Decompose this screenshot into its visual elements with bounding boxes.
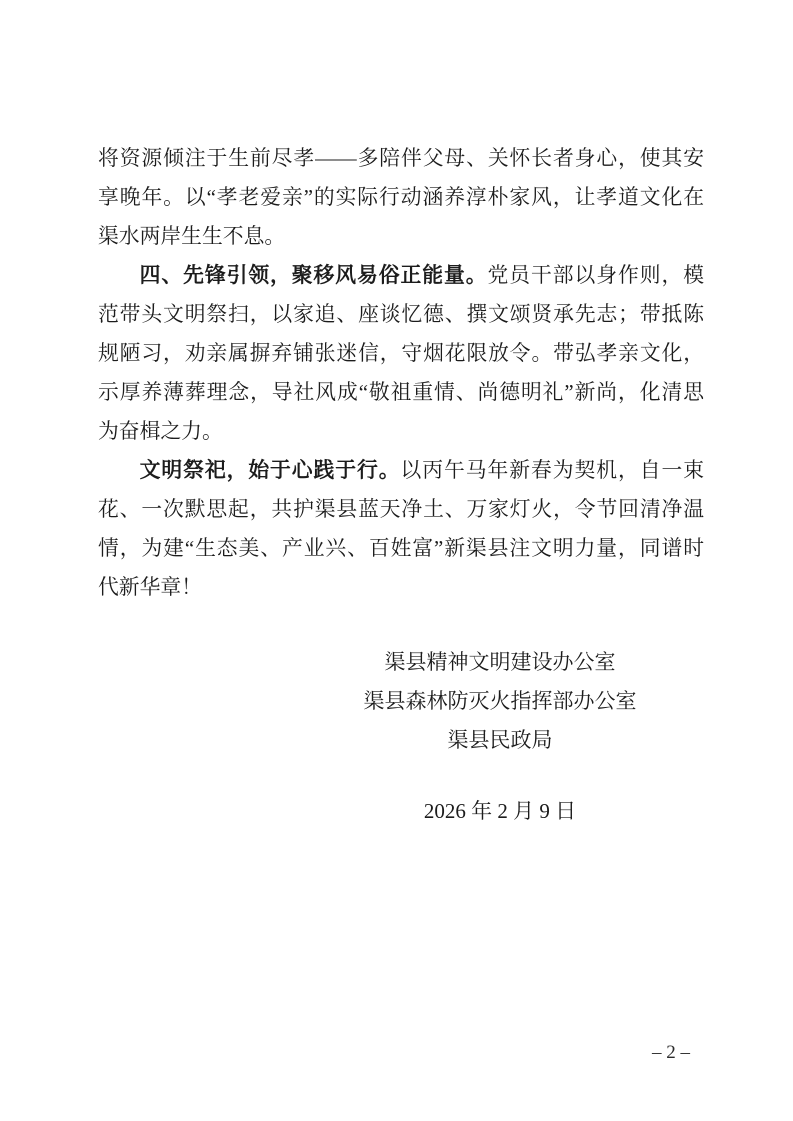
body-text-segment: 为奋楫之力。 [98,420,223,443]
para-living-filial-piety-line-2: 享晚年。以“孝老爱亲”的实际行动涵养淳朴家风，让孝道文化在 [98,178,704,217]
body-text-segment: 规陋习，劝亲属摒弃铺张迷信，守烟花限放令。带弘孝亲文化， [98,342,704,365]
signature-line-3: 渠县民政局 [207,721,793,760]
para-civilized-memorial-closing-line-3: 情，为建“生态美、产业兴、百姓富”新渠县注文明力量，同谱时 [98,529,704,568]
para-civilized-memorial-closing-line-4: 代新华章！ [98,568,704,607]
body-text-segment: 花、一次默思起，共护渠县蓝天净土、万家灯火，令节回清净温 [98,498,704,521]
body-text-segment: 情，为建“生态美、产业兴、百姓富”新渠县注文明力量，同谱时 [98,537,704,560]
para-living-filial-piety-line-3: 渠水两岸生生不息。 [98,217,704,256]
body-text-segment: 党员干部以身作则，模 [488,264,705,287]
body-text-segment: 渠水两岸生生不息。 [98,225,285,248]
para-civilized-memorial-closing-line-2: 花、一次默思起，共护渠县蓝天净土、万家灯火，令节回清净温 [98,490,704,529]
section-heading-text: 文明祭祀，始于心践于行。 [140,459,401,482]
para-living-filial-piety-line-1: 将资源倾注于生前尽孝——多陪伴父母、关怀长者身心，使其安 [98,139,704,178]
para-vanguard-leadership-line-3: 规陋习，劝亲属摒弃铺张迷信，守烟花限放令。带弘孝亲文化， [98,334,704,373]
para-vanguard-leadership-line-5: 为奋楫之力。 [98,412,704,451]
page-number: – 2 – [610,1041,732,1065]
para-vanguard-leadership-line-4: 示厚养薄葬理念，导社风成“敬祖重情、尚德明礼”新尚，化清思 [98,373,704,412]
signature-line-2: 渠县森林防灭火指挥部办公室 [207,682,793,721]
para-vanguard-leadership-line-1: 四、先锋引领，聚移风易俗正能量。党员干部以身作则，模 [98,256,704,295]
body-text-segment: 范带头文明祭扫，以家追、座谈忆德、撰文颂贤承先志；带抵陈 [98,303,704,326]
para-civilized-memorial-closing-line-1: 文明祭祀，始于心践于行。以丙午马年新春为契机，自一束 [98,451,704,490]
signature-block: 渠县精神文明建设办公室渠县森林防灭火指挥部办公室渠县民政局 [207,643,793,760]
para-vanguard-leadership-line-2: 范带头文明祭扫，以家追、座谈忆德、撰文颂贤承先志；带抵陈 [98,295,704,334]
body-text-segment: 享晚年。以“孝老爱亲”的实际行动涵养淳朴家风，让孝道文化在 [98,186,704,209]
body-text-segment: 示厚养薄葬理念，导社风成“敬祖重情、尚德明礼”新尚，化清思 [98,381,704,404]
body-text-segment: 将资源倾注于生前尽孝——多陪伴父母、关怀长者身心，使其安 [98,147,704,170]
body-text-segment: 代新华章！ [98,576,202,599]
document-page: 将资源倾注于生前尽孝——多陪伴父母、关怀长者身心，使其安享晚年。以“孝老爱亲”的… [0,0,793,1121]
document-body: 将资源倾注于生前尽孝——多陪伴父母、关怀长者身心，使其安享晚年。以“孝老爱亲”的… [98,139,704,607]
signature-line-1: 渠县精神文明建设办公室 [207,643,793,682]
section-heading-text: 四、先锋引领，聚移风易俗正能量。 [140,264,488,287]
body-text-segment: 以丙午马年新春为契机，自一束 [401,459,704,482]
date-line: 2026 年 2 月 9 日 [207,796,793,826]
